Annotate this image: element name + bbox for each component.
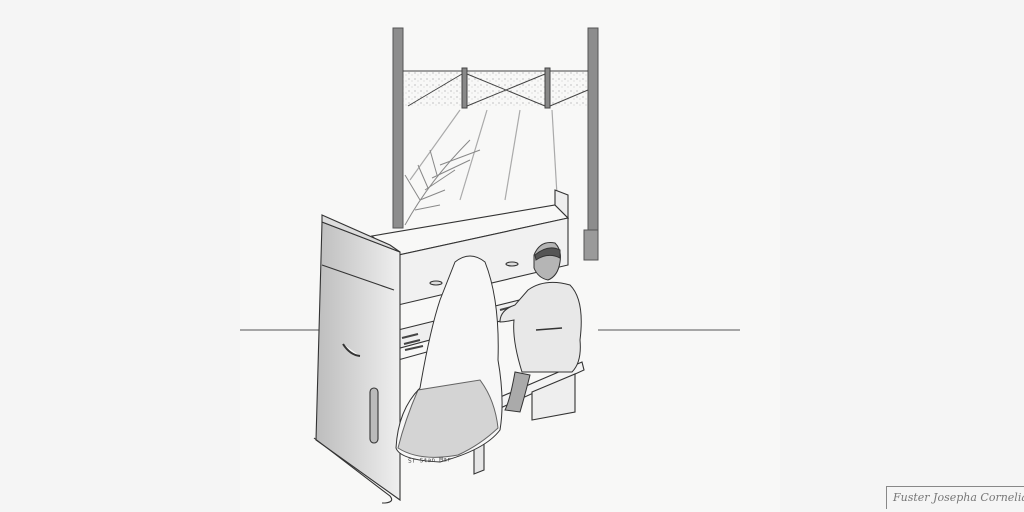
pencil-drawing — [0, 0, 1024, 512]
watermark: Fuster Josepha Cornelia — [886, 486, 1024, 509]
artist-signature: Sr Stan Mar — [408, 456, 451, 464]
